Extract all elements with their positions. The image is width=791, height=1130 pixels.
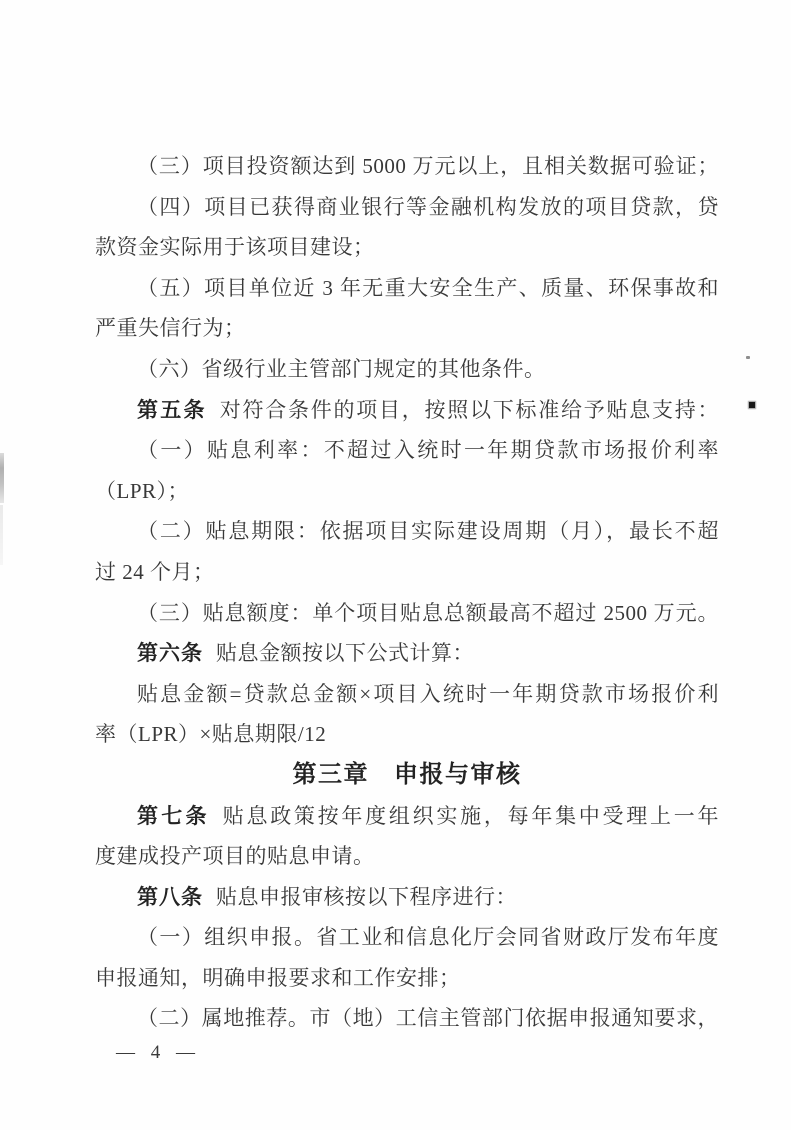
text-line: 度建成投产项目的贴息申请。 <box>95 836 719 877</box>
chapter-number: 第三章 <box>293 761 370 788</box>
line-text: 对符合条件的项目，按照以下标准给予贴息支持： <box>220 398 719 422</box>
text-line: （四）项目已获得商业银行等金融机构发放的项目贷款，贷 <box>95 187 719 228</box>
line-text: 款资金实际用于该项目建设； <box>95 235 375 259</box>
text-line: 申报通知，明确申报要求和工作安排； <box>95 958 719 999</box>
article-label: 第五条 <box>137 399 207 422</box>
line-text: （五）项目单位近 3 年无重大安全生产、质量、环保事故和 <box>137 276 719 300</box>
formula-line: 贴息金额=贷款总金额×项目入统时一年期贷款市场报价利 <box>137 682 719 706</box>
line-text: （二）贴息期限：依据项目实际建设周期（月），最长不超 <box>137 519 719 543</box>
line-text: 过 24 个月； <box>95 560 215 584</box>
text-line: 率（LPR）×贴息期限/12 <box>95 714 719 755</box>
line-text: 贴息金额按以下公式计算： <box>216 641 474 665</box>
text-line: 贴息金额=贷款总金额×项目入统时一年期贷款市场报价利 <box>95 674 719 715</box>
line-text: 度建成投产项目的贴息申请。 <box>95 844 375 868</box>
text-line: （五）项目单位近 3 年无重大安全生产、质量、环保事故和 <box>95 268 719 309</box>
article-label: 第六条 <box>137 642 203 665</box>
line-text: （六）省级行业主管部门规定的其他条件。 <box>137 357 546 381</box>
scan-speck <box>746 356 750 359</box>
text-line: （三）贴息额度：单个项目贴息总额最高不超过 2500 万元。 <box>95 593 719 634</box>
text-line: 第五条对符合条件的项目，按照以下标准给予贴息支持： <box>95 390 719 431</box>
text-line: 严重失信行为； <box>95 308 719 349</box>
scan-smudge <box>0 505 3 565</box>
text-line: （六）省级行业主管部门规定的其他条件。 <box>95 349 719 390</box>
line-text: （四）项目已获得商业银行等金融机构发放的项目贷款，贷 <box>137 195 719 219</box>
line-text: （三）贴息额度：单个项目贴息总额最高不超过 2500 万元。 <box>137 601 719 625</box>
text-line: （二）贴息期限：依据项目实际建设周期（月），最长不超 <box>95 511 719 552</box>
line-text: （一）贴息利率：不超过入统时一年期贷款市场报价利率 <box>137 438 719 462</box>
scan-smudge <box>0 453 4 503</box>
page-number: — 4 — <box>116 1042 198 1064</box>
document-page: （三）项目投资额达到 5000 万元以上，且相关数据可验证； （四）项目已获得商… <box>0 0 791 1130</box>
line-text: （一）组织申报。省工业和信息化厅会同省财政厅发布年度 <box>137 925 719 949</box>
text-line: 第六条贴息金额按以下公式计算： <box>95 633 719 674</box>
text-line: （一）组织申报。省工业和信息化厅会同省财政厅发布年度 <box>95 917 719 958</box>
text-line: （一）贴息利率：不超过入统时一年期贷款市场报价利率 <box>95 430 719 471</box>
line-text: （三）项目投资额达到 5000 万元以上，且相关数据可验证； <box>137 154 719 178</box>
line-text: 严重失信行为； <box>95 316 246 340</box>
text-line: （三）项目投资额达到 5000 万元以上，且相关数据可验证； <box>95 146 719 187</box>
chapter-title: 申报与审核 <box>394 761 522 788</box>
chapter-heading: 第三章申报与审核 <box>95 755 719 796</box>
line-text: （二）属地推荐。市（地）工信主管部门依据申报通知要求， <box>137 1006 719 1030</box>
line-text: 贴息申报审核按以下程序进行： <box>216 885 517 909</box>
text-line: （二）属地推荐。市（地）工信主管部门依据申报通知要求， <box>95 998 719 1039</box>
formula-line: 率（LPR）×贴息期限/12 <box>95 722 326 746</box>
document-text-block: （三）项目投资额达到 5000 万元以上，且相关数据可验证； （四）项目已获得商… <box>95 146 719 1039</box>
line-text: 贴息政策按年度组织实施，每年集中受理上一年 <box>223 804 719 828</box>
line-text: 申报通知，明确申报要求和工作安排； <box>95 966 461 990</box>
text-line: 第八条贴息申报审核按以下程序进行： <box>95 877 719 918</box>
text-line: 第七条贴息政策按年度组织实施，每年集中受理上一年 <box>95 796 719 837</box>
line-text: （LPR）； <box>95 479 189 503</box>
article-label: 第七条 <box>137 805 210 828</box>
article-label: 第八条 <box>137 886 203 909</box>
text-line: （LPR）； <box>95 471 719 512</box>
text-line: 过 24 个月； <box>95 552 719 593</box>
text-line: 款资金实际用于该项目建设； <box>95 227 719 268</box>
scan-speck <box>749 402 755 408</box>
